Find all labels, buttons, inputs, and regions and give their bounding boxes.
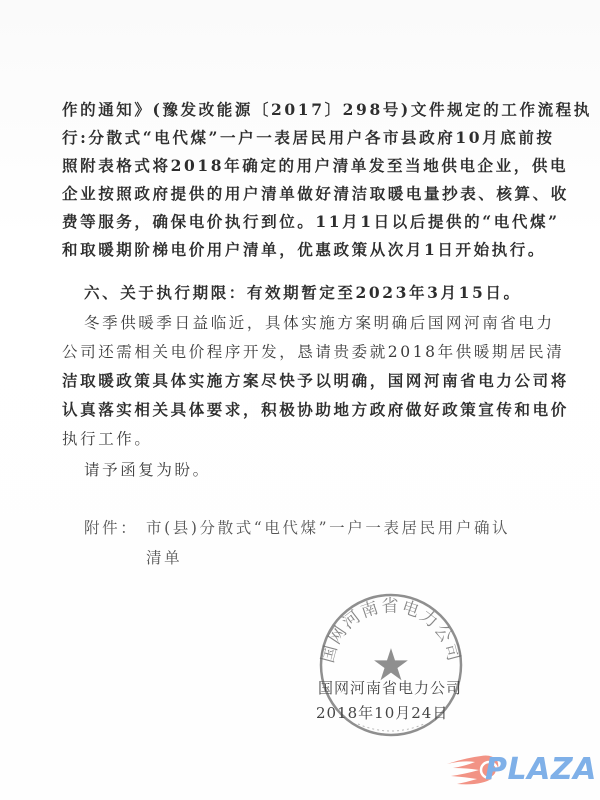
paragraph-1-line-4: 企业按照政府提供的用户清单做好清洁取暖电量抄表、核算、收	[62, 184, 569, 204]
paragraph-2-line-1: 冬季供暖季日益临近，具体实施方案明确后国网河南省电力	[84, 313, 555, 333]
paragraph-2-line-4: 认真落实相关具体要求，积极协助地方政府做好政策宣传和电价	[62, 400, 569, 420]
watermark-text: PLAZA	[485, 752, 597, 788]
paragraph-1-line-1: 作的通知》(豫发改能源〔2017〕298号)文件规定的工作流程执	[62, 100, 592, 120]
paragraph-2-line-5: 执行工作。	[62, 429, 153, 449]
attachment-line-1: 市(县)分散式“电代煤”一户一表居民用户确认	[146, 518, 510, 538]
paragraph-1-line-5: 费等服务，确保电价执行到位。11月1日以后提供的“电代煤”	[62, 212, 560, 232]
signature-organization: 国网河南省电力公司	[318, 677, 462, 698]
attachment-label: 附件：	[84, 518, 138, 538]
paragraph-1-line-2: 行:分散式“电代煤”一户一表居民用户各市县政府10月底前按	[62, 128, 555, 148]
paragraph-2-line-3: 洁取暖政策具体实施方案尽快予以明确，国网河南省电力公司将	[62, 371, 569, 391]
signature-date: 2018年10月24日	[316, 702, 448, 723]
plaza-watermark: PLAZA	[445, 752, 595, 788]
paragraph-2-line-2: 公司还需相关电价程序开发，恳请贵委就2018年供暖期居民清	[62, 342, 564, 362]
closing-line: 请予函复为盼。	[84, 460, 211, 480]
document-page: 作的通知》(豫发改能源〔2017〕298号)文件规定的工作流程执 行:分散式“电…	[0, 0, 600, 800]
paragraph-1-line-6: 和取暖期阶梯电价用户清单，优惠政策从次月1日开始执行。	[62, 240, 546, 260]
attachment-line-2: 清单	[146, 548, 182, 568]
paragraph-1-line-3: 照附表格式将2018年确定的用户清单发至当地供电企业，供电	[62, 156, 568, 176]
section-6-heading: 六、关于执行期限：有效期暂定至2023年3月15日。	[84, 283, 522, 303]
